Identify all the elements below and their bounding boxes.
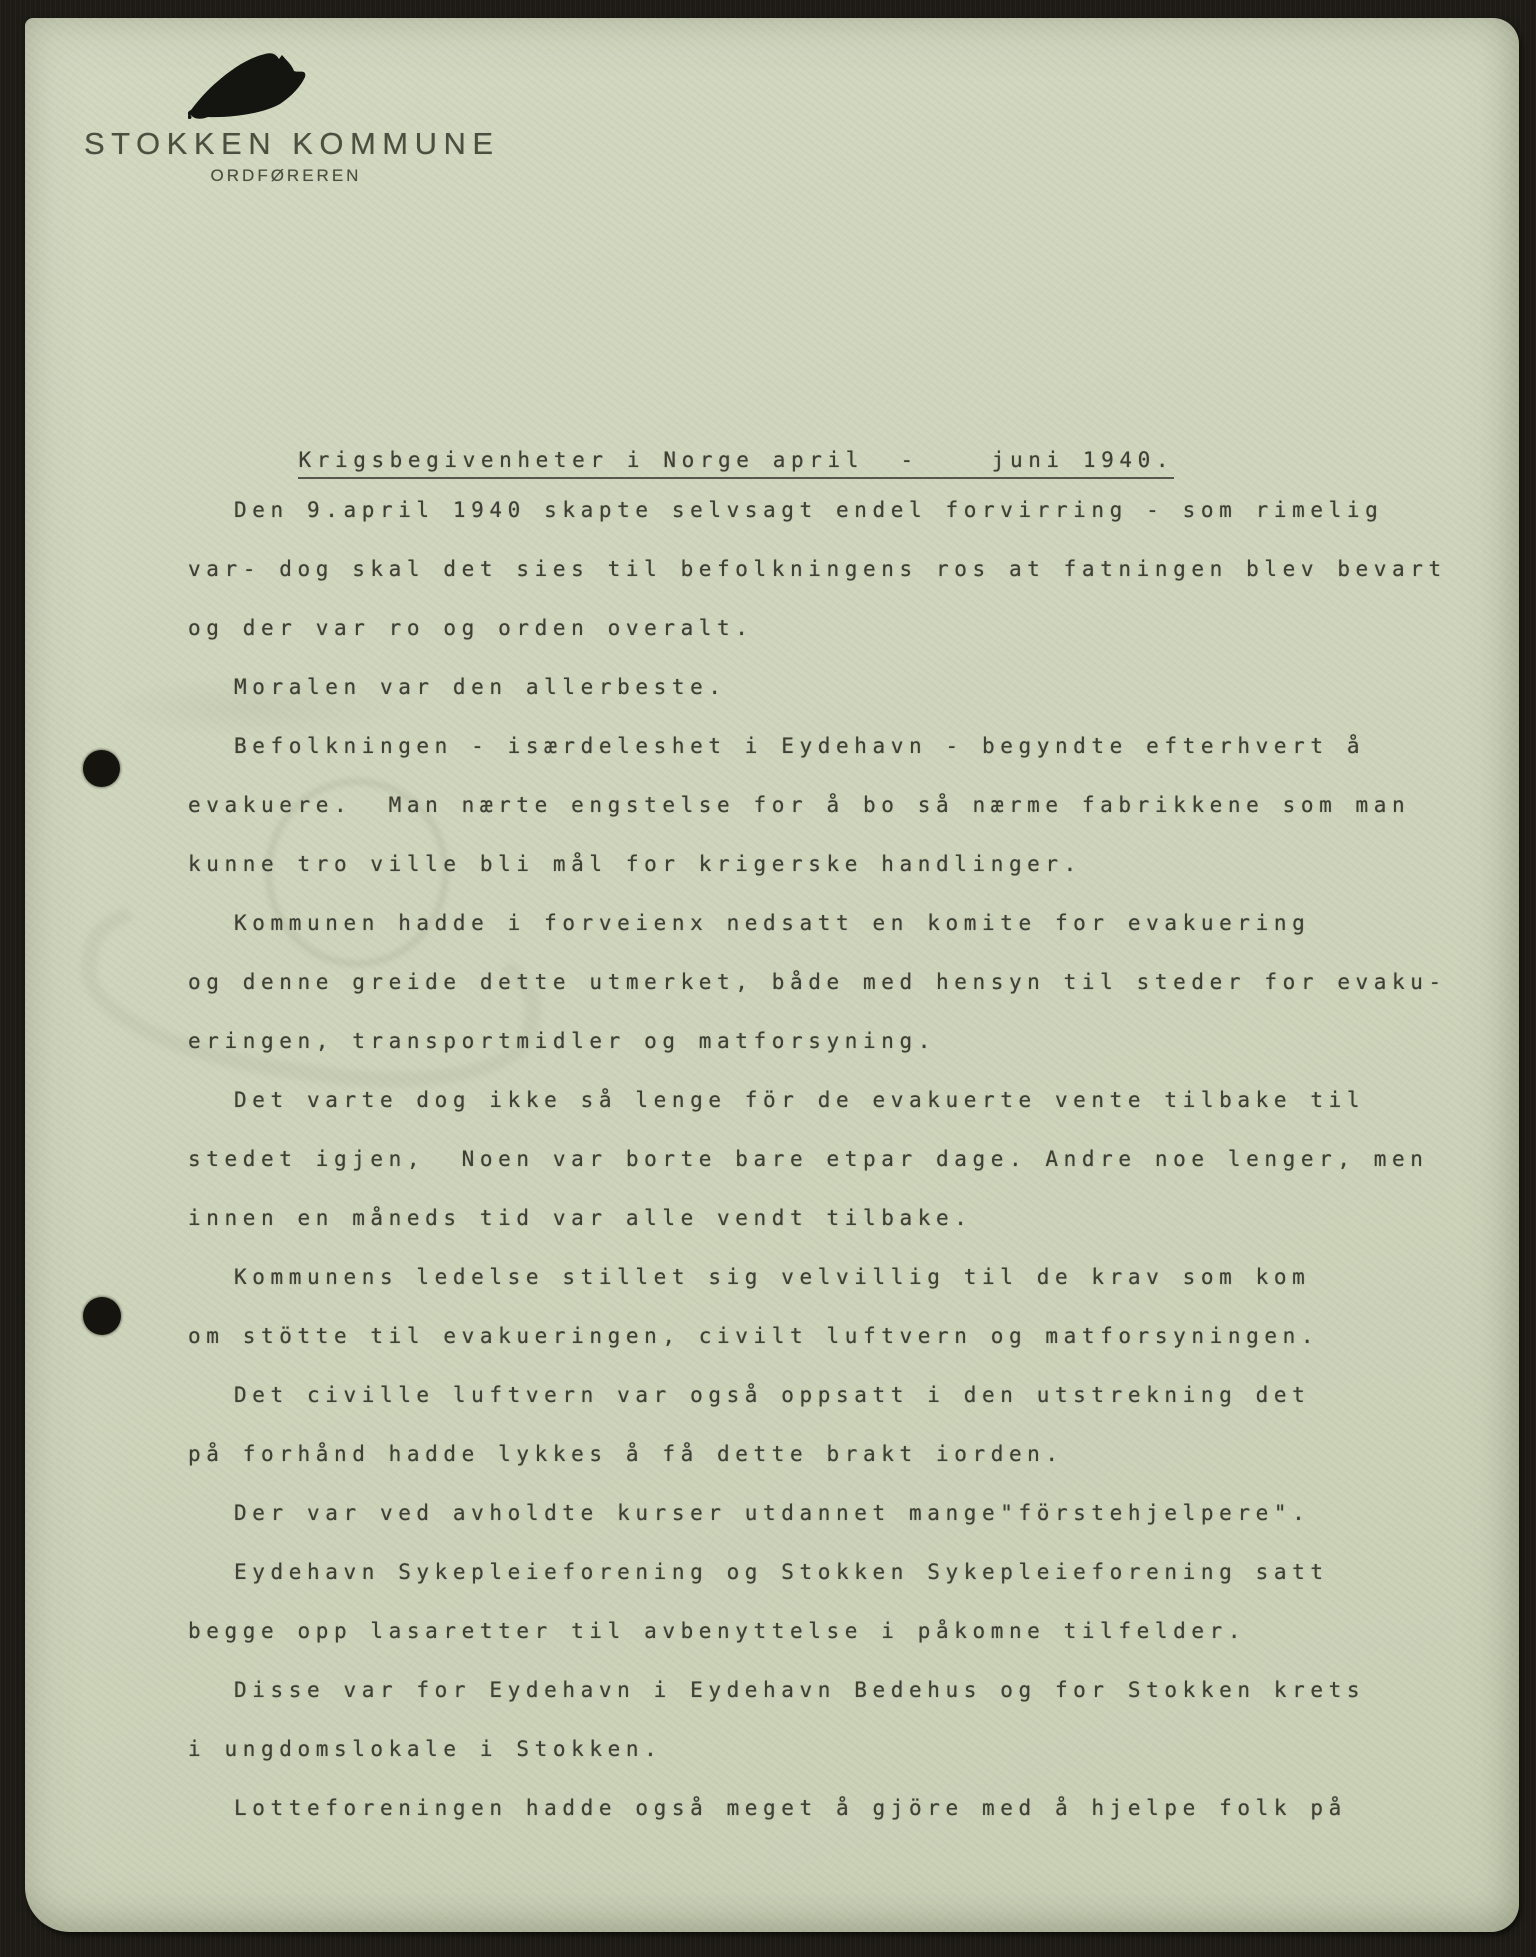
text-line: på forhånd hadde lykkes å få dette brakt…	[188, 1425, 1498, 1484]
text-line: Der var ved avholdte kurser utdannet man…	[188, 1484, 1498, 1543]
text-line: Det varte dog ikke så lenge för de evaku…	[188, 1071, 1498, 1130]
text-line: eringen, transportmidler og matforsyning…	[188, 1012, 1498, 1071]
hole-punch-top	[83, 750, 120, 787]
text-line: Kommunens ledelse stillet sig velvillig …	[188, 1248, 1498, 1307]
text-line: var- dog skal det sies til befolkningens…	[188, 540, 1498, 599]
letterhead-municipality: STOKKEN KOMMUNE	[84, 126, 524, 162]
document-page: STOKKEN KOMMUNE ORDFØREREN Krigsbegivenh…	[25, 18, 1519, 1932]
text-line: Befolkningen - isærdeleshet i Eydehavn -…	[188, 717, 1498, 776]
text-line: innen en måneds tid var alle vendt tilba…	[188, 1189, 1498, 1248]
text-line: i ungdomslokale i Stokken.	[188, 1720, 1498, 1779]
scan-background: STOKKEN KOMMUNE ORDFØREREN Krigsbegivenh…	[0, 0, 1536, 1957]
text-line: og denne greide dette utmerket, både med…	[188, 953, 1498, 1012]
ink-blob-logo	[188, 52, 320, 122]
text-line: kunne tro ville bli mål for krigerske ha…	[188, 835, 1498, 894]
text-line: begge opp lasaretter til avbenyttelse i …	[188, 1602, 1498, 1661]
letterhead-office: ORDFØREREN	[84, 166, 488, 186]
text-line: Lotteforeningen hadde også meget å gjöre…	[188, 1779, 1498, 1838]
text-line: og der var ro og orden overalt.	[188, 599, 1498, 658]
text-line: Disse var for Eydehavn i Eydehavn Bedehu…	[188, 1661, 1498, 1720]
text-line: stedet igjen, Noen var borte bare etpar …	[188, 1130, 1498, 1189]
document-body: Den 9.april 1940 skapte selvsagt endel f…	[188, 481, 1498, 1838]
text-line: evakuere. Man nærte engstelse for å bo s…	[188, 776, 1498, 835]
text-line: Moralen var den allerbeste.	[188, 658, 1498, 717]
text-line: Den 9.april 1940 skapte selvsagt endel f…	[188, 481, 1498, 540]
text-line: Eydehavn Sykepleieforening og Stokken Sy…	[188, 1543, 1498, 1602]
text-line: Det civille luftvern var også oppsatt i …	[188, 1366, 1498, 1425]
hole-punch-bottom	[83, 1297, 121, 1335]
text-line: om stötte til evakueringen, civilt luftv…	[188, 1307, 1498, 1366]
text-line: Kommunen hadde i forveienx nedsatt en ko…	[188, 894, 1498, 953]
